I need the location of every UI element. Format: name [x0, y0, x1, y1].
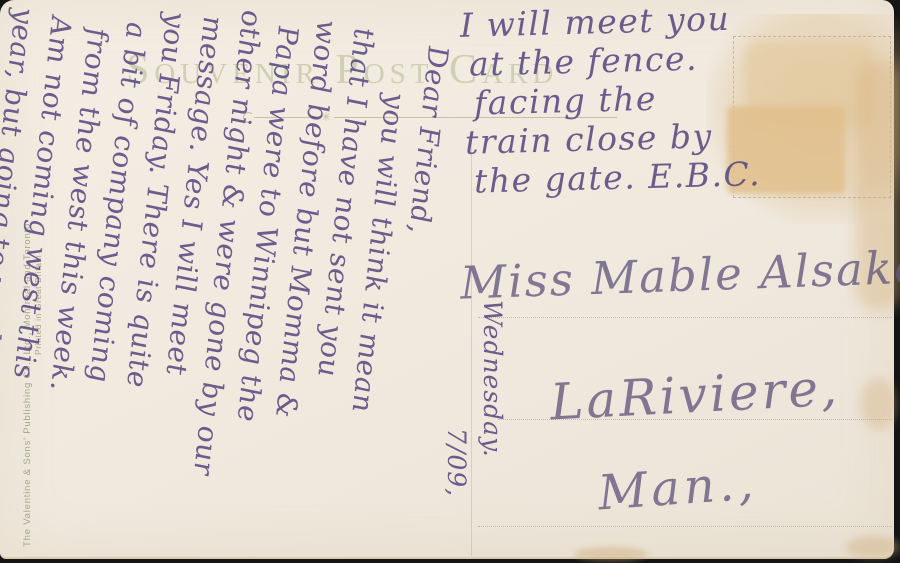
- handwritten-message: Dear Friend, you will think it mean that…: [0, 0, 462, 561]
- address-town: LaRiviere,: [549, 358, 842, 431]
- address-recipient-name: Miss Mable Alsaker,: [459, 239, 900, 309]
- bottom-edge-stain-left: [574, 547, 648, 561]
- right-edge-spot-stain: [860, 378, 896, 430]
- address-dotted-line-1: [478, 317, 892, 318]
- bottom-edge-stain-right: [846, 536, 900, 558]
- date-line: 7/09,: [438, 300, 474, 563]
- top-note-line: the gate. E.B.C.: [474, 154, 762, 200]
- handwritten-top-note: I will meet you at the fence. facing the…: [459, 0, 761, 201]
- postcard-back: Souvenir Post Card ✳ The Valentine & Son…: [0, 0, 894, 559]
- date-line: Wednesday.: [474, 300, 510, 563]
- top-note-line: I will meet you: [459, 0, 757, 45]
- handwritten-date-note: Wednesday. 7/09,: [438, 300, 510, 563]
- address-dotted-line-3: [478, 526, 892, 527]
- address-province: Man.,: [596, 455, 759, 522]
